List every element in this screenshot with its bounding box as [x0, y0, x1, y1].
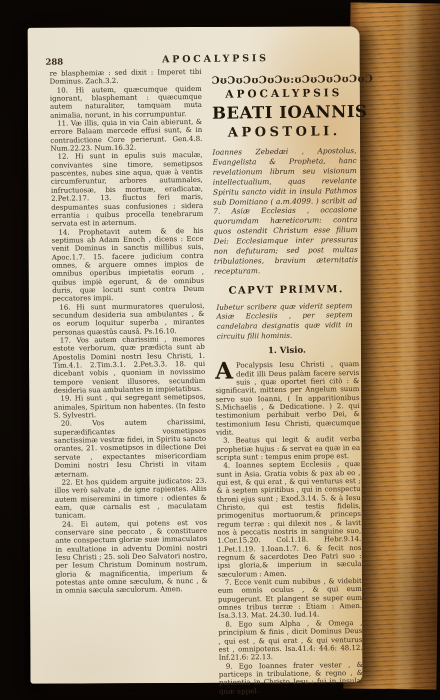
book-photo: 288 APOCALYPSIS re blasphemiæ : sed dixi… [0, 0, 440, 700]
verse-paragraph: 3. Beatus qui legit & audit verba prophe… [216, 435, 360, 462]
verse-paragraph: 12. Hi sunt in epulis suis maculæ, convi… [51, 151, 204, 228]
verse-paragraph: 8. Ego sum Alpha , & Omega , principium … [218, 619, 362, 662]
right-verses: 3. Beatus qui legit & audit verba prophe… [216, 435, 363, 695]
page-number: 288 [45, 58, 63, 68]
page-content: 288 APOCALYPSIS re blasphemiæ : sed dixi… [25, 25, 365, 685]
chapter-argument: Iubetur scribere quæ viderit septem Asiæ… [216, 301, 352, 341]
verse-paragraph: 10. Hi autem, quæcumque quidem ignorant,… [50, 85, 202, 120]
verse-paragraph: re blasphemiæ : sed dixit : Imperet tibi… [50, 68, 202, 87]
drop-cap-letter: A [215, 363, 233, 380]
book-title-small: APOCALYPSIS [212, 87, 356, 101]
verse-paragraph: 7. Ecce venit cum nubibus , & videbit eu… [218, 577, 362, 620]
verse-paragraph: 24. Ei autem, qui potens est vos conserv… [55, 518, 208, 595]
running-head: APOCALYPSIS [135, 53, 295, 66]
verse-paragraph: 14. Prophetavit autem & de his septimus … [51, 226, 204, 303]
verse-paragraph: 17. Vos autem charissimi , memores estot… [53, 335, 206, 395]
section-heading: 1. Visio. [215, 345, 359, 357]
book-argument: Ioannes Zebedæi , Apostolus, Evangelista… [212, 146, 358, 277]
right-text-column: ƆʊƆʊƆʊƆʊƆʊ:ʊƆʊƆʊƆʊƆʊƆ APOCALYPSIS BEATI … [212, 74, 364, 696]
book-page: 288 APOCALYPSIS re blasphemiæ : sed dixi… [28, 26, 363, 683]
headpiece-ornament: ƆʊƆʊƆʊƆʊƆʊ:ʊƆʊƆʊƆʊƆʊƆ [212, 74, 356, 87]
left-text-column: re blasphemiæ : sed dixit : Imperet tibi… [50, 68, 208, 595]
book-title-sub: APOSTOLI. [212, 124, 356, 141]
first-verse-text: Pocalypsis Iesu Christi , quam dedit ill… [215, 360, 359, 437]
verse-paragraph-dropcap: APocalypsis Iesu Christi , quam dedit il… [215, 360, 360, 437]
book-title-large: BEATI IOANNIS [212, 102, 356, 123]
verse-paragraph: 9. Ego Ioannes frater vester , & partice… [219, 661, 363, 696]
verse-paragraph: 20. Vos autem charissimi, superædificant… [54, 418, 207, 478]
verse-paragraph: 22. Et hos quidem arguite judicatos: 23.… [54, 477, 206, 521]
verse-paragraph: 4. Ioannes septem Ecclesiis , quæ sunt i… [216, 460, 361, 579]
chapter-heading: CAPVT PRIMVM. [214, 284, 358, 297]
verse-paragraph: 19. Hi sunt , qui segregant semetipsos, … [53, 393, 205, 420]
verse-paragraph: 11. Væ illis, quia in via Cain abierunt,… [50, 118, 202, 153]
verse-paragraph: 16. Hi sunt murmuratores querulosi, secu… [52, 302, 204, 337]
